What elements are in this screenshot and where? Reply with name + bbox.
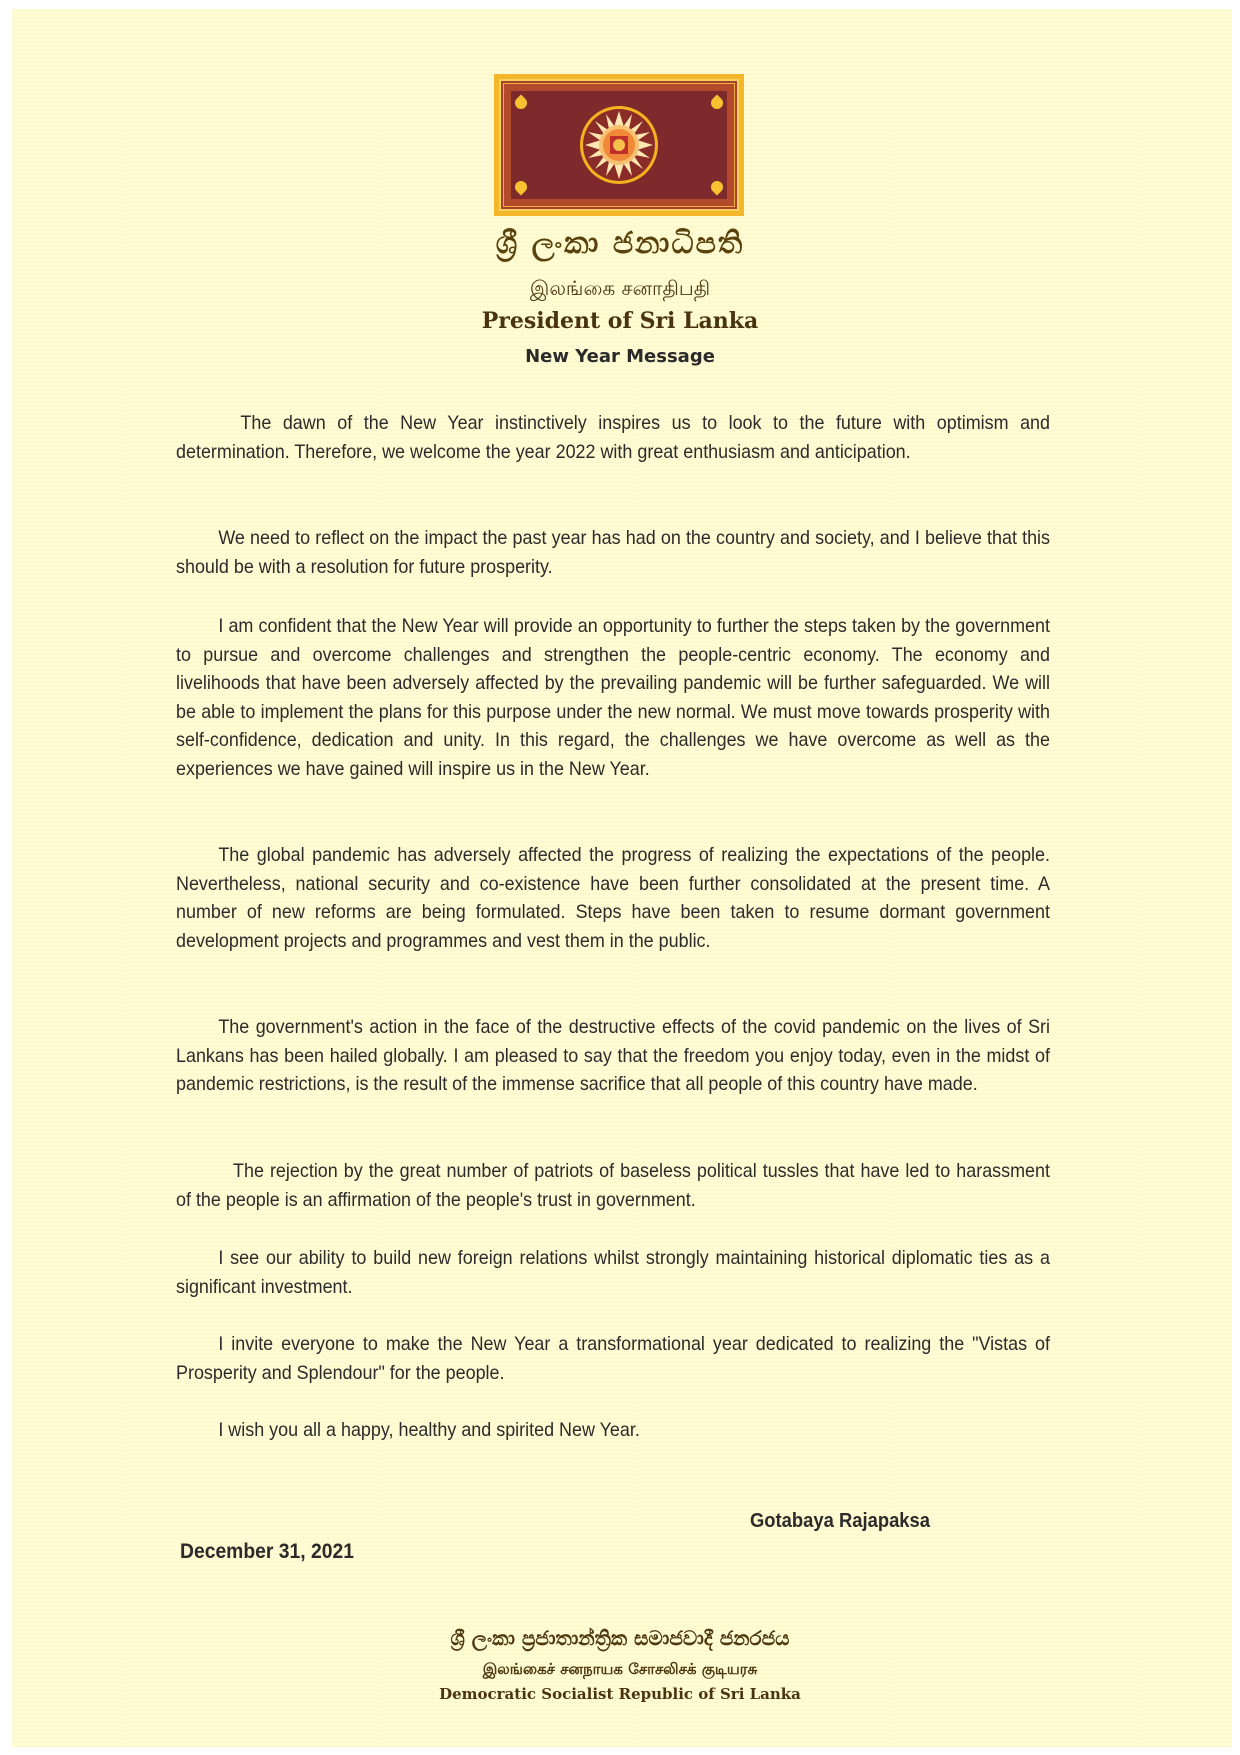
- document-title: New Year Message: [0, 346, 1240, 367]
- paragraph: I am confident that the New Year will pr…: [176, 612, 1050, 783]
- letter-date: December 31, 2021: [180, 1540, 354, 1564]
- emblem-field: [504, 84, 734, 206]
- paragraph: The government's action in the face of t…: [176, 1013, 1050, 1099]
- presidential-flag-emblem: [494, 74, 744, 216]
- footer-tamil: இலங்கைச் சனநாயக சோசலிசக் குடியரசு: [0, 1660, 1240, 1680]
- paragraph: I see our ability to build new foreign r…: [176, 1244, 1050, 1301]
- bo-leaf-icon: [709, 179, 726, 196]
- paragraph: The global pandemic has adversely affect…: [176, 841, 1050, 955]
- paragraph: The rejection by the great number of pat…: [176, 1157, 1050, 1214]
- bo-leaf-icon: [709, 95, 726, 112]
- sinhala-title: ශ්‍රී ලංකා ජනාධිපති: [0, 226, 1240, 261]
- emblem-border: [499, 79, 739, 211]
- paragraph: I wish you all a happy, healthy and spir…: [176, 1416, 1050, 1445]
- signatory-name: Gotabaya Rajapaksa: [750, 1510, 930, 1533]
- footer-sinhala: ශ්‍රී ලංකා ප්‍රජාතාන්ත්‍රික සමාජවාදී ජනර…: [0, 1626, 1240, 1650]
- bo-leaf-icon: [513, 95, 530, 112]
- bo-leaf-icon: [513, 179, 530, 196]
- english-title: President of Sri Lanka: [0, 308, 1240, 334]
- paragraph: The dawn of the New Year instinctively i…: [176, 409, 1050, 466]
- paragraph: We need to reflect on the impact the pas…: [176, 524, 1050, 581]
- tamil-title: இலங்கை சனாதிபதி: [0, 276, 1240, 303]
- footer-english: Democratic Socialist Republic of Sri Lan…: [0, 1685, 1240, 1703]
- lotus-mandala-icon: [579, 105, 659, 185]
- paragraph: I invite everyone to make the New Year a…: [176, 1330, 1050, 1387]
